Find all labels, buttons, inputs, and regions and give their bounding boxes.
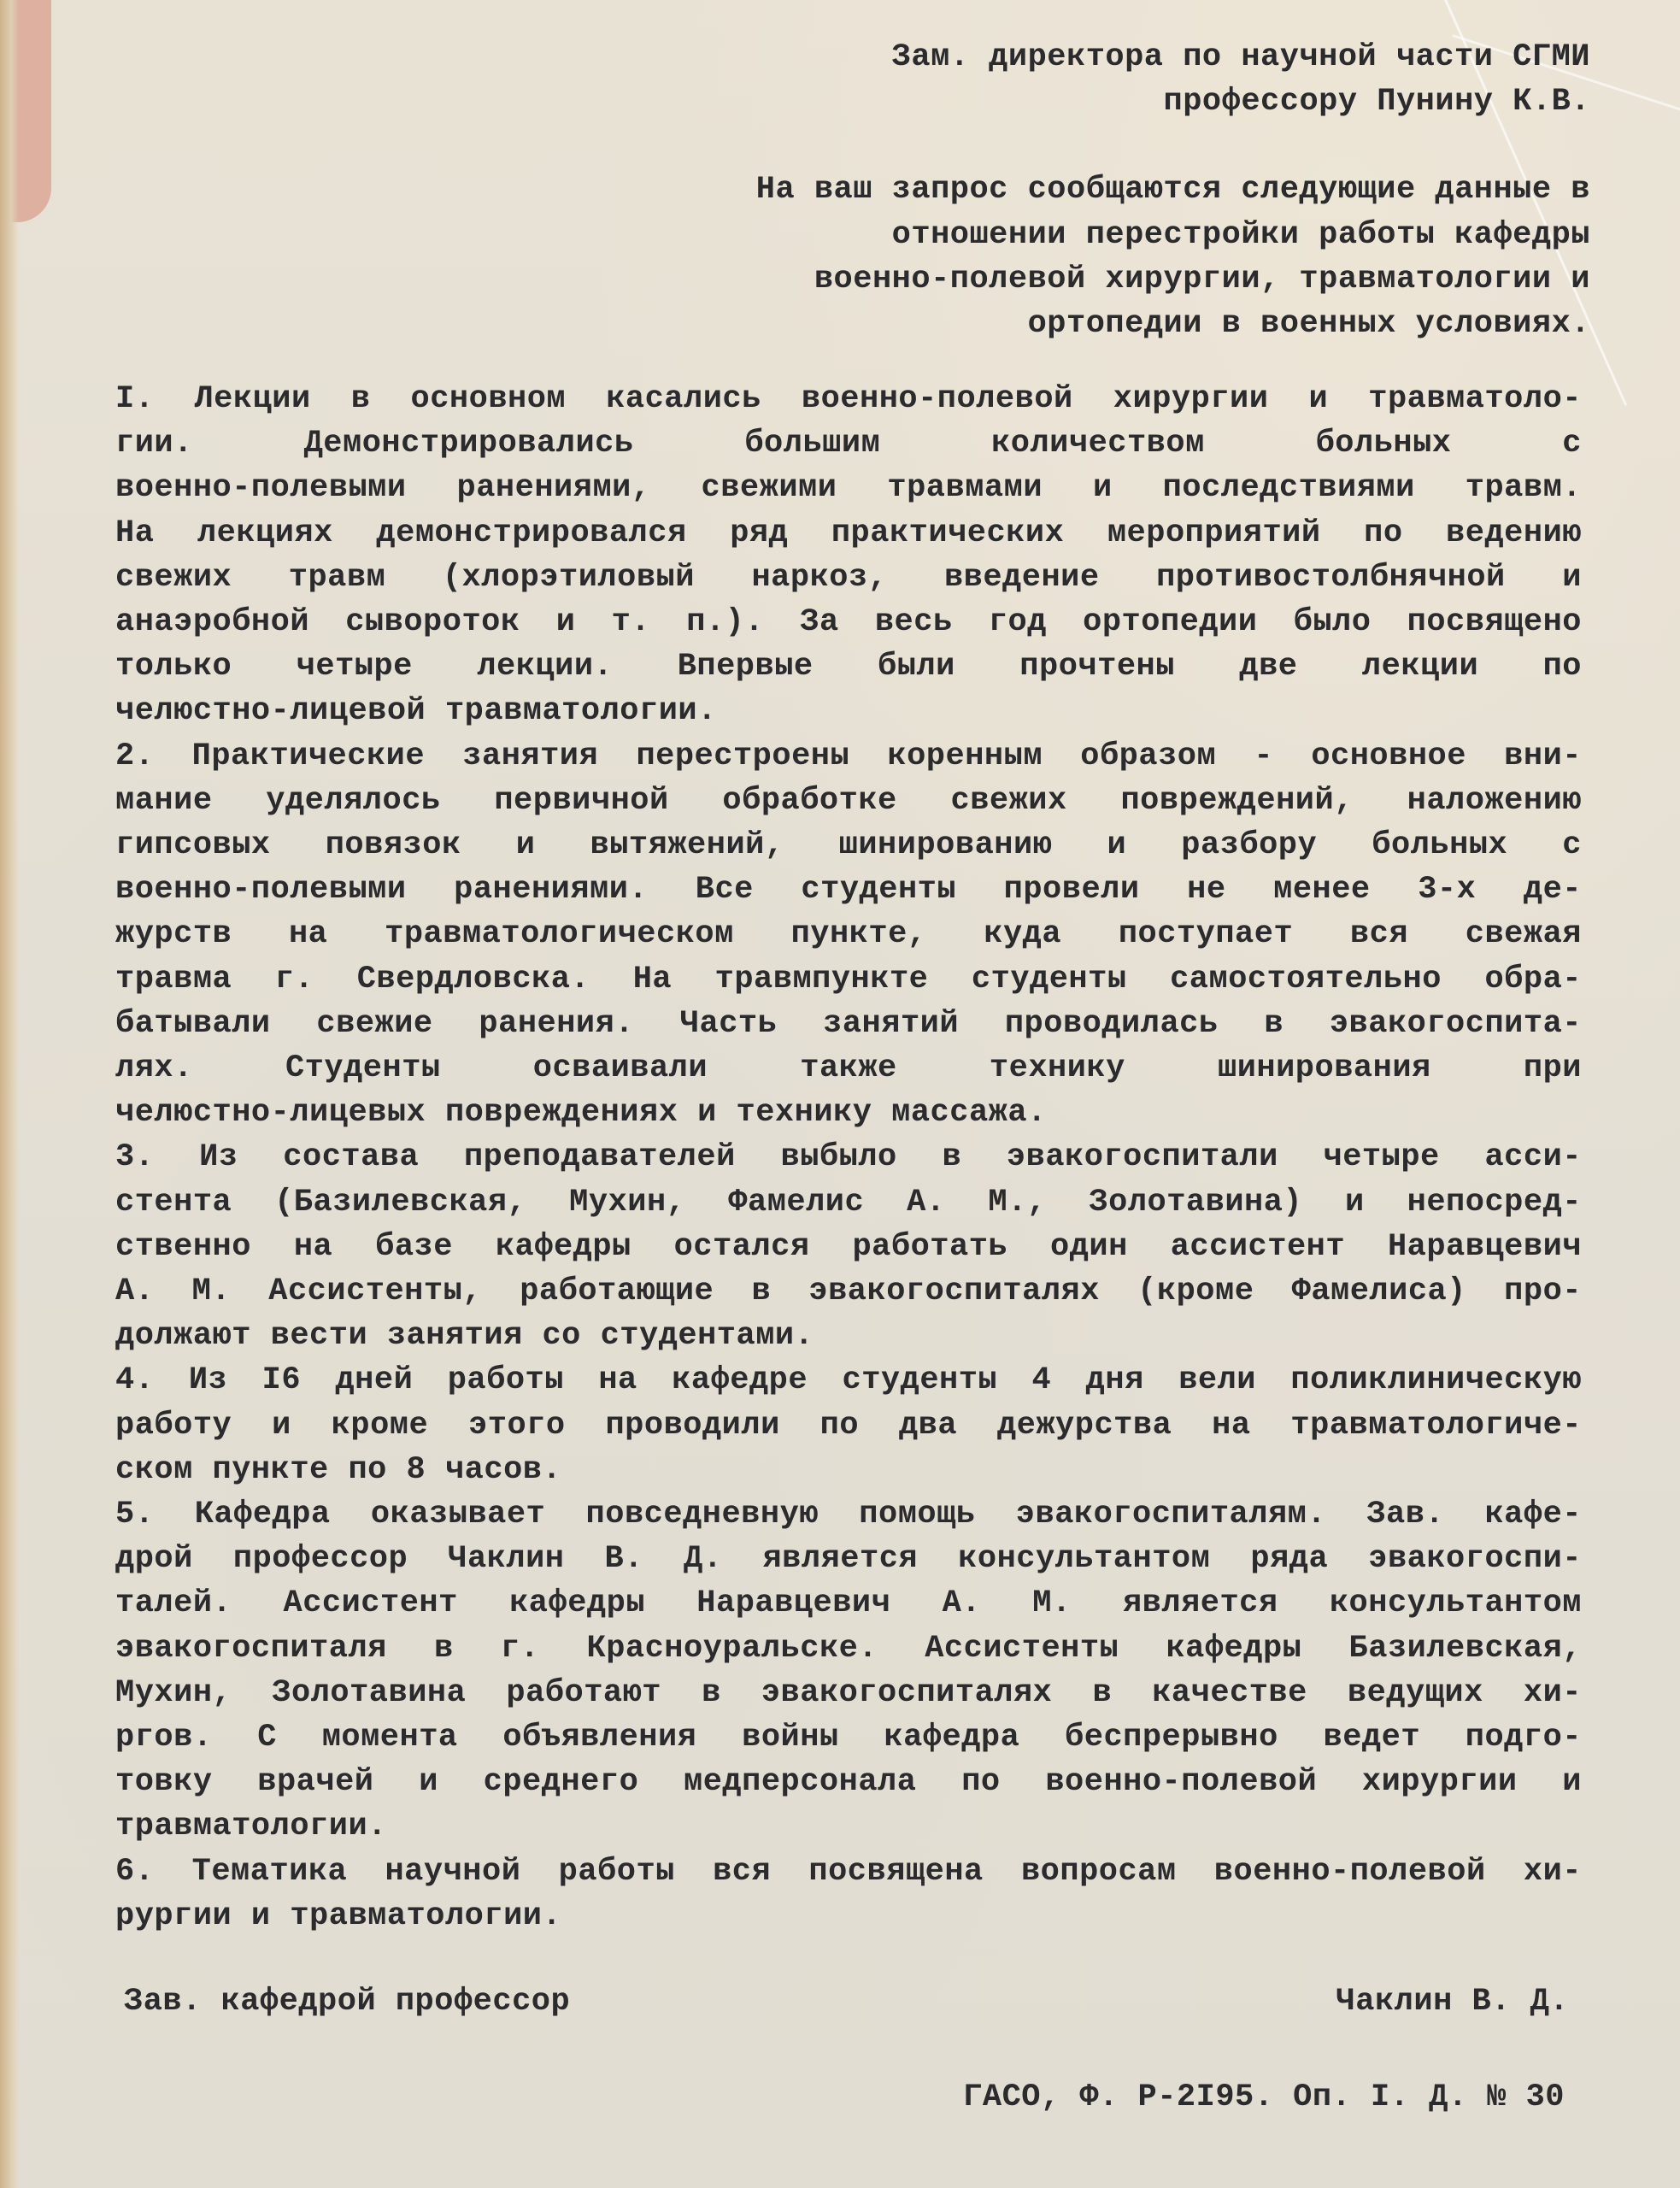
body-line: 3. Из состава преподавателей выбыло в эв… — [115, 1138, 1582, 1176]
document-page: Зам. директора по научной части СГМИ про… — [0, 0, 1680, 2188]
body-line: журств на травматологическом пункте, куд… — [115, 915, 1582, 953]
body-line: На лекциях демонстрировался ряд практиче… — [115, 515, 1582, 552]
intro-line: ортопедии в военных условиях. — [1028, 305, 1590, 343]
body-line: 6. Тематика научной работы вся посвящена… — [115, 1853, 1582, 1891]
body-line: ргов. С момента объявления войны кафедра… — [115, 1719, 1582, 1756]
body-line: работу и кроме этого проводили по два де… — [115, 1407, 1582, 1444]
body-line: стента (Базилевская, Мухин, Фамелис А. М… — [115, 1184, 1582, 1221]
intro-line: На ваш запрос сообщаются следующие данны… — [756, 171, 1590, 209]
archive-reference: ГАСО, Ф. Р-2I95. Оп. I. Д. № 30 — [963, 2079, 1565, 2116]
body-line: военно-полевыми ранениями. Все студенты … — [115, 871, 1582, 909]
body-line: батывали свежие ранения. Часть занятий п… — [115, 1005, 1582, 1043]
body-line: мание уделялось первичной обработке свеж… — [115, 782, 1582, 820]
signature-name: Чаклин В. Д. — [1336, 1983, 1569, 2020]
body-line: гипсовых повязок и вытяжений, шинировани… — [115, 826, 1582, 864]
signature-title: Зав. кафедрой профессор — [124, 1983, 570, 2020]
intro-line: отношении перестройки работы кафедры — [892, 216, 1590, 254]
body-line: 5. Кафедра оказывает повседневную помощь… — [115, 1496, 1582, 1533]
body-line: 4. Из I6 дней работы на кафедре студенты… — [115, 1362, 1582, 1399]
body-line: товку врачей и среднего медперсонала по … — [115, 1763, 1582, 1801]
body-line: челюстно-лицевых повреждениях и технику … — [115, 1094, 1582, 1132]
body-line: 2. Практические занятия перестроены коре… — [115, 738, 1582, 775]
body-line: I. Лекции в основном касались военно-пол… — [115, 380, 1582, 418]
body-line: травматологии. — [115, 1808, 1582, 1845]
body-line: лях. Студенты осваивали также технику ши… — [115, 1050, 1582, 1087]
body-line: дрой профессор Чаклин В. Д. является кон… — [115, 1540, 1582, 1578]
body-line: свежих травм (хлорэтиловый наркоз, введе… — [115, 559, 1582, 597]
paper-edge — [0, 0, 19, 2188]
addressee-line: профессору Пунину К.В. — [1164, 83, 1590, 121]
body-line: ственно на базе кафедры остался работать… — [115, 1228, 1582, 1266]
body-line: эвакогоспиталя в г. Красноуральске. Асси… — [115, 1630, 1582, 1667]
body-line: талей. Ассистент кафедры Наравцевич А. М… — [115, 1585, 1582, 1622]
body-line: военно-полевыми ранениями, свежими травм… — [115, 469, 1582, 507]
body-line: А. М. Ассистенты, работающие в эвакогосп… — [115, 1273, 1582, 1310]
body-line: ском пункте по 8 часов. — [115, 1451, 1582, 1489]
body-line: должают вести занятия со студентами. — [115, 1317, 1582, 1355]
intro-line: военно-полевой хирургии, травматологии и — [814, 261, 1590, 298]
body-line: Мухин, Золотавина работают в эвакогоспит… — [115, 1674, 1582, 1712]
body-line: анаэробной сывороток и т. п.). За весь г… — [115, 603, 1582, 641]
body-line: гии. Демонстрировались большим количеств… — [115, 425, 1582, 462]
body-line: челюстно-лицевой травматологии. — [115, 692, 1582, 730]
body-line: только четыре лекции. Впервые были прочт… — [115, 648, 1582, 685]
body-line: травма г. Свердловска. На травмпункте ст… — [115, 961, 1582, 998]
body-line: рургии и травматологии. — [115, 1897, 1582, 1935]
addressee-line: Зам. директора по научной части СГМИ — [892, 38, 1590, 76]
